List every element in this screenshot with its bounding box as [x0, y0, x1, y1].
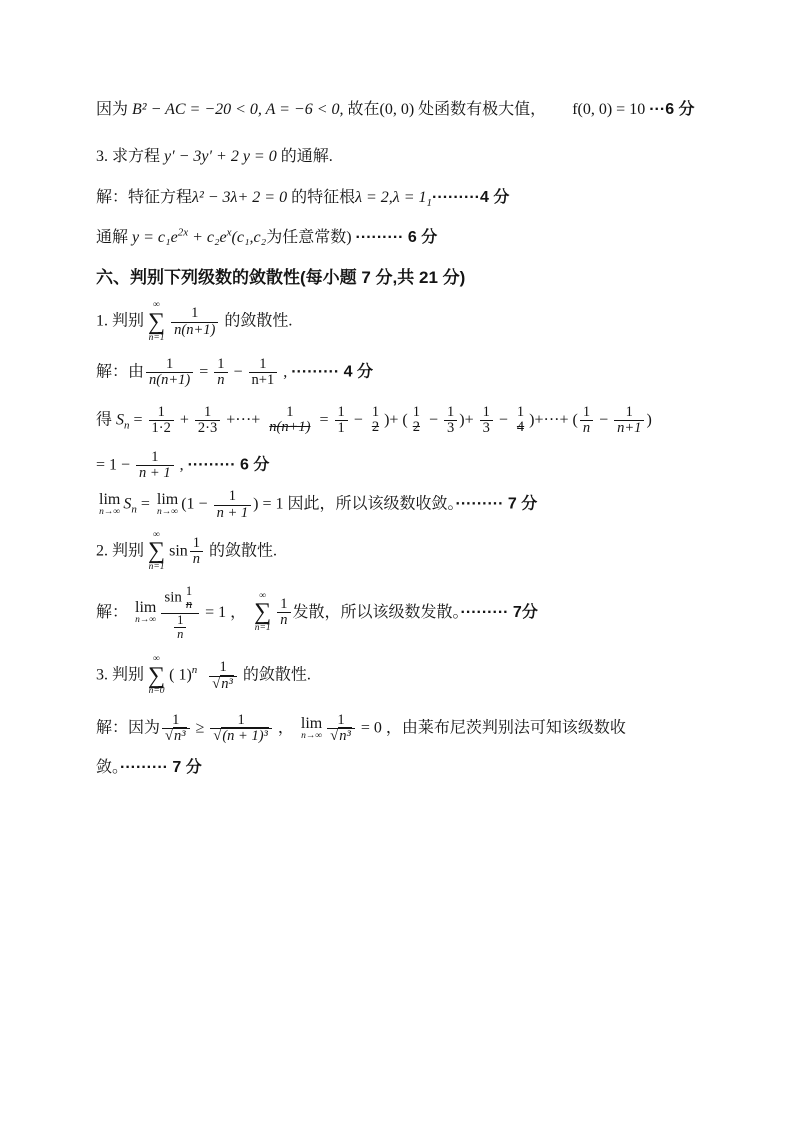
math-text: − [230, 363, 247, 380]
conclusion-line: 敛。········· 7 分 [96, 758, 706, 779]
math-text: = 0 ， [357, 719, 402, 736]
score-marker: ········· 7 分 [120, 759, 202, 776]
fraction: 1√n³ [162, 713, 190, 744]
numerator: 1 [444, 405, 457, 420]
numerator: 1 [266, 405, 313, 420]
math-text: ) [346, 229, 355, 246]
limit-subscript: n→∞ [301, 732, 322, 742]
score-marker: ········· 7 分 [456, 496, 538, 513]
fraction: 1n [190, 536, 203, 567]
sqrt-radical: √n³ [330, 727, 352, 744]
limit-operator: limn→∞ [135, 600, 156, 626]
fraction: 12·3 [195, 405, 220, 436]
sigma-symbol: ∑ [254, 601, 271, 624]
problem-3-series: 3. 判别∞∑n=0( 1)n1√n³ 的敛散性. [96, 655, 706, 697]
numerator: 1 [614, 405, 644, 420]
math-text: + [176, 411, 193, 428]
numerator: 1 [190, 536, 203, 551]
cjk-text: 的通解. [277, 148, 333, 165]
numerator: 1 [195, 405, 220, 420]
cjk-text: 的敛散性. [239, 667, 311, 684]
numerator: 1 [335, 405, 348, 420]
cjk-text: 的敛散性. [220, 313, 292, 330]
denominator: √n³ [327, 728, 355, 744]
sqrt-radical: √(n + 1)³ [213, 727, 269, 744]
fraction: 1n [277, 597, 290, 628]
math-text: +···+ [222, 411, 264, 428]
math-text: )+ ( [384, 411, 408, 428]
denominator: 2 [369, 420, 382, 435]
comparison-test-line: 解： limn→∞sin1n1n = 1 ， ∞∑n=11n发散，所以该级数发散… [96, 585, 706, 642]
numerator: 1 [327, 713, 355, 728]
sqrt-radical: √n³ [212, 675, 234, 692]
denominator: n+1 [249, 372, 278, 388]
math-text: y′ − 3y′ + 2 y = 0 [164, 148, 277, 165]
denominator: n(n+1) [171, 322, 218, 338]
denominator: 3 [480, 420, 493, 436]
limit-operator: limn→∞ [157, 492, 178, 518]
math-text: λ = 2,λ = 1 [355, 189, 426, 206]
fraction: 1n + 1 [214, 489, 252, 520]
denominator: n [580, 420, 593, 436]
telescoping-sum-line: 得 Sn = 11·2 + 12·3 +···+ 1n(n+1) = 11 − … [96, 405, 706, 436]
limit-subscript: n→∞ [157, 508, 178, 518]
math-text: = 1 − [96, 456, 134, 473]
cjk-text: 发散，所以该级数发散。 [293, 604, 461, 621]
cjk-text: 解：由 [96, 363, 144, 380]
problem-3-statement: 3. 求方程 y′ − 3y′ + 2 y = 0 的通解. [96, 147, 706, 168]
fraction: 1n+1 [249, 357, 278, 388]
math-text: (c₁,c₂ [232, 229, 267, 246]
radicand: n³ [220, 675, 234, 692]
math-text: − [595, 411, 612, 428]
sigma-symbol: ∑ [148, 311, 165, 334]
math-text: B² − AC = −20 < 0, A = −6 < 0, [132, 101, 344, 118]
denominator: n + 1 [214, 505, 252, 521]
sum-lower-limit: n=1 [255, 624, 271, 634]
cjk-text: 解：特征方程 [96, 189, 192, 206]
fraction: 1n [214, 357, 227, 388]
score-marker: ·········4 分 [432, 189, 509, 206]
math-text: , [176, 456, 188, 473]
limit-label: lim [99, 492, 120, 508]
denominator: √(n + 1)³ [210, 728, 272, 744]
radicand: n³ [338, 727, 352, 744]
document-page: 因为 B² − AC = −20 < 0, A = −6 < 0, 故在(0, … [0, 0, 794, 1123]
numerator: 1 [410, 405, 423, 420]
numerator: 1 [214, 489, 252, 504]
denominator: n(n+1) [146, 372, 193, 388]
math-text: − [350, 411, 367, 428]
math-text: S [116, 411, 124, 428]
fraction: 1n+1 [614, 405, 644, 436]
score-marker: ········· 7分 [461, 604, 538, 621]
cjk-text: 1. 判别 [96, 313, 144, 330]
cjk-text: 解：因为 [96, 719, 160, 736]
numerator: 1 [480, 405, 493, 420]
math-text: f(0, 0) = 10 [572, 101, 649, 118]
cjk-text: 2. 判别 [96, 542, 144, 559]
cjk-text: 得 [96, 411, 116, 428]
fraction: 1√n³ [209, 660, 237, 691]
math-text: ( 1) [169, 667, 192, 684]
math-text: = [195, 363, 212, 380]
denominator: n [190, 551, 203, 567]
numerator: 1 [136, 450, 174, 465]
math-text: = 1 ， [201, 604, 250, 621]
denominator: 2 [410, 420, 423, 435]
numerator: 1 [183, 585, 195, 598]
solution-partial-fraction: 解：由1n(n+1) = 1n − 1n+1 , ········· 4 分 [96, 357, 706, 388]
score-marker: ········· 4 分 [291, 363, 373, 380]
denominator: n [277, 612, 290, 628]
fraction: 14 [514, 405, 527, 435]
numerator: 1 [210, 713, 272, 728]
denominator: n [183, 598, 195, 611]
sum-lower-limit: n=1 [149, 563, 165, 573]
solution-line-general: 通解 y = c₁e2x + c₂ex(c₁,c₂为任意常数) ········… [96, 228, 706, 249]
numerator: 1 [514, 405, 527, 420]
cjk-text: 因为 [96, 101, 132, 118]
denominator: 2·3 [195, 420, 220, 436]
cjk-text: 的敛散性. [205, 542, 277, 559]
score-marker: ········· 6 分 [188, 456, 270, 473]
denominator: n [174, 627, 186, 641]
problem-2-series: 2. 判别∞∑n=1sin1n 的敛散性. [96, 531, 706, 573]
header-text: 六、判别下列级数的敛散性(每小题 7 分,共 21 分) [96, 268, 465, 287]
problem-1-series: 1. 判别∞∑n=11n(n+1) 的敛散性. [96, 301, 706, 343]
superscript: 2x [178, 227, 188, 239]
math-text: ≥ [192, 719, 209, 736]
fraction: 12 [369, 405, 382, 435]
sum-lower-limit: n=1 [149, 334, 165, 344]
numerator: 1 [249, 357, 278, 372]
denominator: 1n [161, 613, 199, 641]
limit-label: lim [157, 492, 178, 508]
fraction: 1n(n+1) [266, 405, 313, 435]
math-text: ) [646, 411, 651, 428]
big-fraction: sin1n1n [161, 585, 199, 642]
cjk-text: 为任意常数 [266, 229, 346, 246]
denominator: 3 [444, 420, 457, 436]
cjk-text: 通解 [96, 229, 132, 246]
math-text: , [279, 363, 291, 380]
math-text: sin [164, 589, 182, 605]
radical-sign: √ [165, 728, 173, 744]
fraction: 1√(n + 1)³ [210, 713, 272, 744]
numerator: 1 [580, 405, 593, 420]
sqrt-radical: √n³ [165, 727, 187, 744]
math-text: + c₂e [188, 229, 227, 246]
math-text: )+ [459, 411, 477, 428]
math-text: − [495, 411, 512, 428]
math-text: )+···+ ( [529, 411, 578, 428]
fraction: 1n [580, 405, 593, 436]
section-header: 六、判别下列级数的敛散性(每小题 7 分,共 21 分) [96, 267, 706, 289]
numerator: 1 [277, 597, 290, 612]
numerator: 1 [209, 660, 237, 675]
fraction: 1n(n+1) [171, 306, 218, 337]
math-text: ， [274, 719, 298, 736]
summation-operator: ∞∑n=1 [148, 301, 165, 343]
cjk-text: 的特征根 [287, 189, 355, 206]
numerator: 1 [171, 306, 218, 321]
cjk-text: 3. 判别 [96, 667, 144, 684]
fraction: 13 [444, 405, 457, 436]
math-text: y = c₁e [132, 229, 178, 246]
denominator: n [214, 372, 227, 388]
numerator: 1 [369, 405, 382, 420]
numerator: 1 [214, 357, 227, 372]
cjk-text: 由莱布尼茨判别法可知该级数收 [402, 719, 626, 736]
fraction: 1n(n+1) [146, 357, 193, 388]
limit-conclusion-line: limn→∞Sn = limn→∞(1 − 1n + 1) = 1 因此，所以该… [96, 489, 706, 520]
math-text: (1 − [181, 496, 211, 513]
sigma-symbol: ∑ [148, 540, 165, 563]
numerator: 1 [162, 713, 190, 728]
limit-operator: limn→∞ [301, 716, 322, 742]
cjk-text: 解： [96, 604, 132, 621]
math-text: λ² − 3λ+ 2 = 0 [192, 189, 287, 206]
math-text: ) = 1 [253, 496, 287, 513]
fraction: 1√n³ [327, 713, 355, 744]
math-text: sin [169, 542, 188, 559]
denominator: n+1 [614, 420, 644, 436]
partial-sum-result: = 1 − 1n + 1 , ········· 6 分 [96, 450, 706, 481]
limit-subscript: n→∞ [99, 508, 120, 518]
math-text: = [316, 411, 333, 428]
fraction: 1n [183, 585, 195, 611]
math-text: = [130, 411, 147, 428]
fraction: 11·2 [149, 405, 174, 436]
cjk-text: 故在(0, 0) 处函数有极大值， [344, 101, 547, 118]
sum-lower-limit: n=0 [149, 687, 165, 697]
numerator: 1 [174, 614, 186, 627]
summation-operator: ∞∑n=1 [148, 531, 165, 573]
numerator: sin1n [161, 585, 199, 613]
numerator: 1 [149, 405, 174, 420]
score-marker: ········· 6 分 [356, 229, 438, 246]
solution-line-extremum: 因为 B² − AC = −20 < 0, A = −6 < 0, 故在(0, … [96, 100, 706, 121]
denominator: n(n+1) [266, 420, 313, 435]
math-text: = [137, 496, 154, 513]
limit-label: lim [301, 716, 322, 732]
limit-label: lim [135, 600, 156, 616]
summation-operator: ∞∑n=0 [148, 655, 165, 697]
fraction: 11 [335, 405, 348, 436]
solution-line-characteristic: 解：特征方程λ² − 3λ+ 2 = 0 的特征根λ = 2,λ = 11···… [96, 188, 706, 209]
denominator: 4 [514, 420, 527, 435]
leibniz-test-line: 解：因为1√n³ ≥ 1√(n + 1)³ ， limn→∞1√n³ = 0 ，… [96, 713, 706, 744]
radicand: (n + 1)³ [221, 727, 269, 744]
denominator: √n³ [209, 676, 237, 692]
fraction: 1n [174, 614, 186, 641]
numerator: 1 [146, 357, 193, 372]
limit-operator: limn→∞ [99, 492, 120, 518]
fraction: 13 [480, 405, 493, 436]
cjk-text: 3. 求方程 [96, 148, 164, 165]
fraction: 1n + 1 [136, 450, 174, 481]
denominator: 1·2 [149, 420, 174, 436]
denominator: √n³ [162, 728, 190, 744]
sigma-symbol: ∑ [148, 665, 165, 688]
fraction: 12 [410, 405, 423, 435]
score-marker: ···6 分 [649, 101, 694, 118]
limit-subscript: n→∞ [135, 616, 156, 626]
cjk-text: 因此，所以该级数收敛。 [287, 496, 455, 513]
radicand: n³ [173, 727, 187, 744]
cjk-text: 敛。 [96, 759, 120, 776]
denominator: 1 [335, 420, 348, 436]
denominator: n + 1 [136, 465, 174, 481]
summation-operator: ∞∑n=1 [254, 592, 271, 634]
math-text: − [425, 411, 442, 428]
superscript: n [192, 664, 198, 676]
